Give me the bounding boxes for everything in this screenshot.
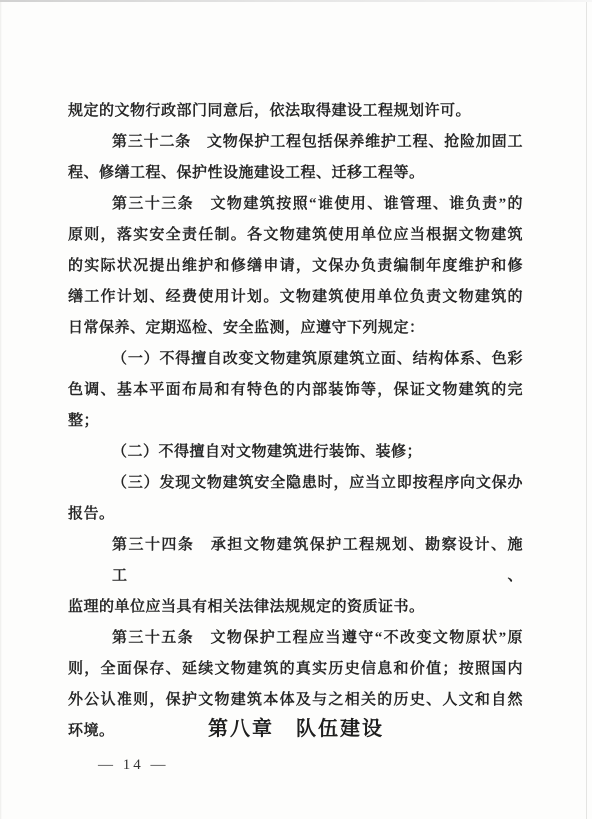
text-line: 程、修缮工程、保护性设施建设工程、迁移工程等。 [68,158,523,189]
text-line: 第三十四条 承担文物建筑保护工程规划、勘察设计、施工、 [68,530,523,592]
text-line: （三）发现文物建筑安全隐患时，应当立即按程序向文保办 [68,468,523,499]
scan-edge-top [0,0,592,2]
text-line: （二）不得擅自对文物建筑进行装饰、装修； [68,437,523,468]
text-line: 的实际状况提出维护和修缮申请，文保办负责编制年度维护和修 [68,251,523,282]
scan-edge-right [586,2,587,819]
text-line: 日常保养、定期巡检、安全监测，应遵守下列规定： [68,313,523,344]
text-line: 原则，落实安全责任制。各文物建筑使用单位应当根据文物建筑 [68,220,523,251]
text-line: 色调、基本平面布局和有特色的内部装饰等，保证文物建筑的完 [68,375,523,406]
text-line: 第三十二条 文物保护工程包括保养维护工程、抢险加固工 [68,127,523,158]
text-line: 第三十五条 文物保护工程应当遵守“不改变文物原状”原 [68,623,523,654]
text-line: 缮工作计划、经费使用计划。文物建筑使用单位负责文物建筑的 [68,282,523,313]
text-line: 则，全面保存、延续文物建筑的真实历史信息和价值；按照国内 [68,654,523,685]
text-line: 报告。 [68,499,523,530]
text-line: 规定的文物行政部门同意后，依法取得建设工程规划许可。 [68,96,523,127]
chapter-heading: 第八章 队伍建设 [0,712,592,741]
text-line: 整； [68,406,523,437]
text-line: 第三十三条 文物建筑按照“谁使用、谁管理、谁负责”的 [68,189,523,220]
document-body: 规定的文物行政部门同意后，依法取得建设工程规划许可。第三十二条 文物保护工程包括… [68,96,523,747]
text-line: （一）不得擅自改变文物建筑原建筑立面、结构体系、色彩 [68,344,523,375]
page-number: — 14 — [98,757,169,774]
document-page: 规定的文物行政部门同意后，依法取得建设工程规划许可。第三十二条 文物保护工程包括… [0,0,592,819]
text-line: 监理的单位应当具有相关法律法规规定的资质证书。 [68,592,523,623]
scan-edge-left [0,2,2,819]
